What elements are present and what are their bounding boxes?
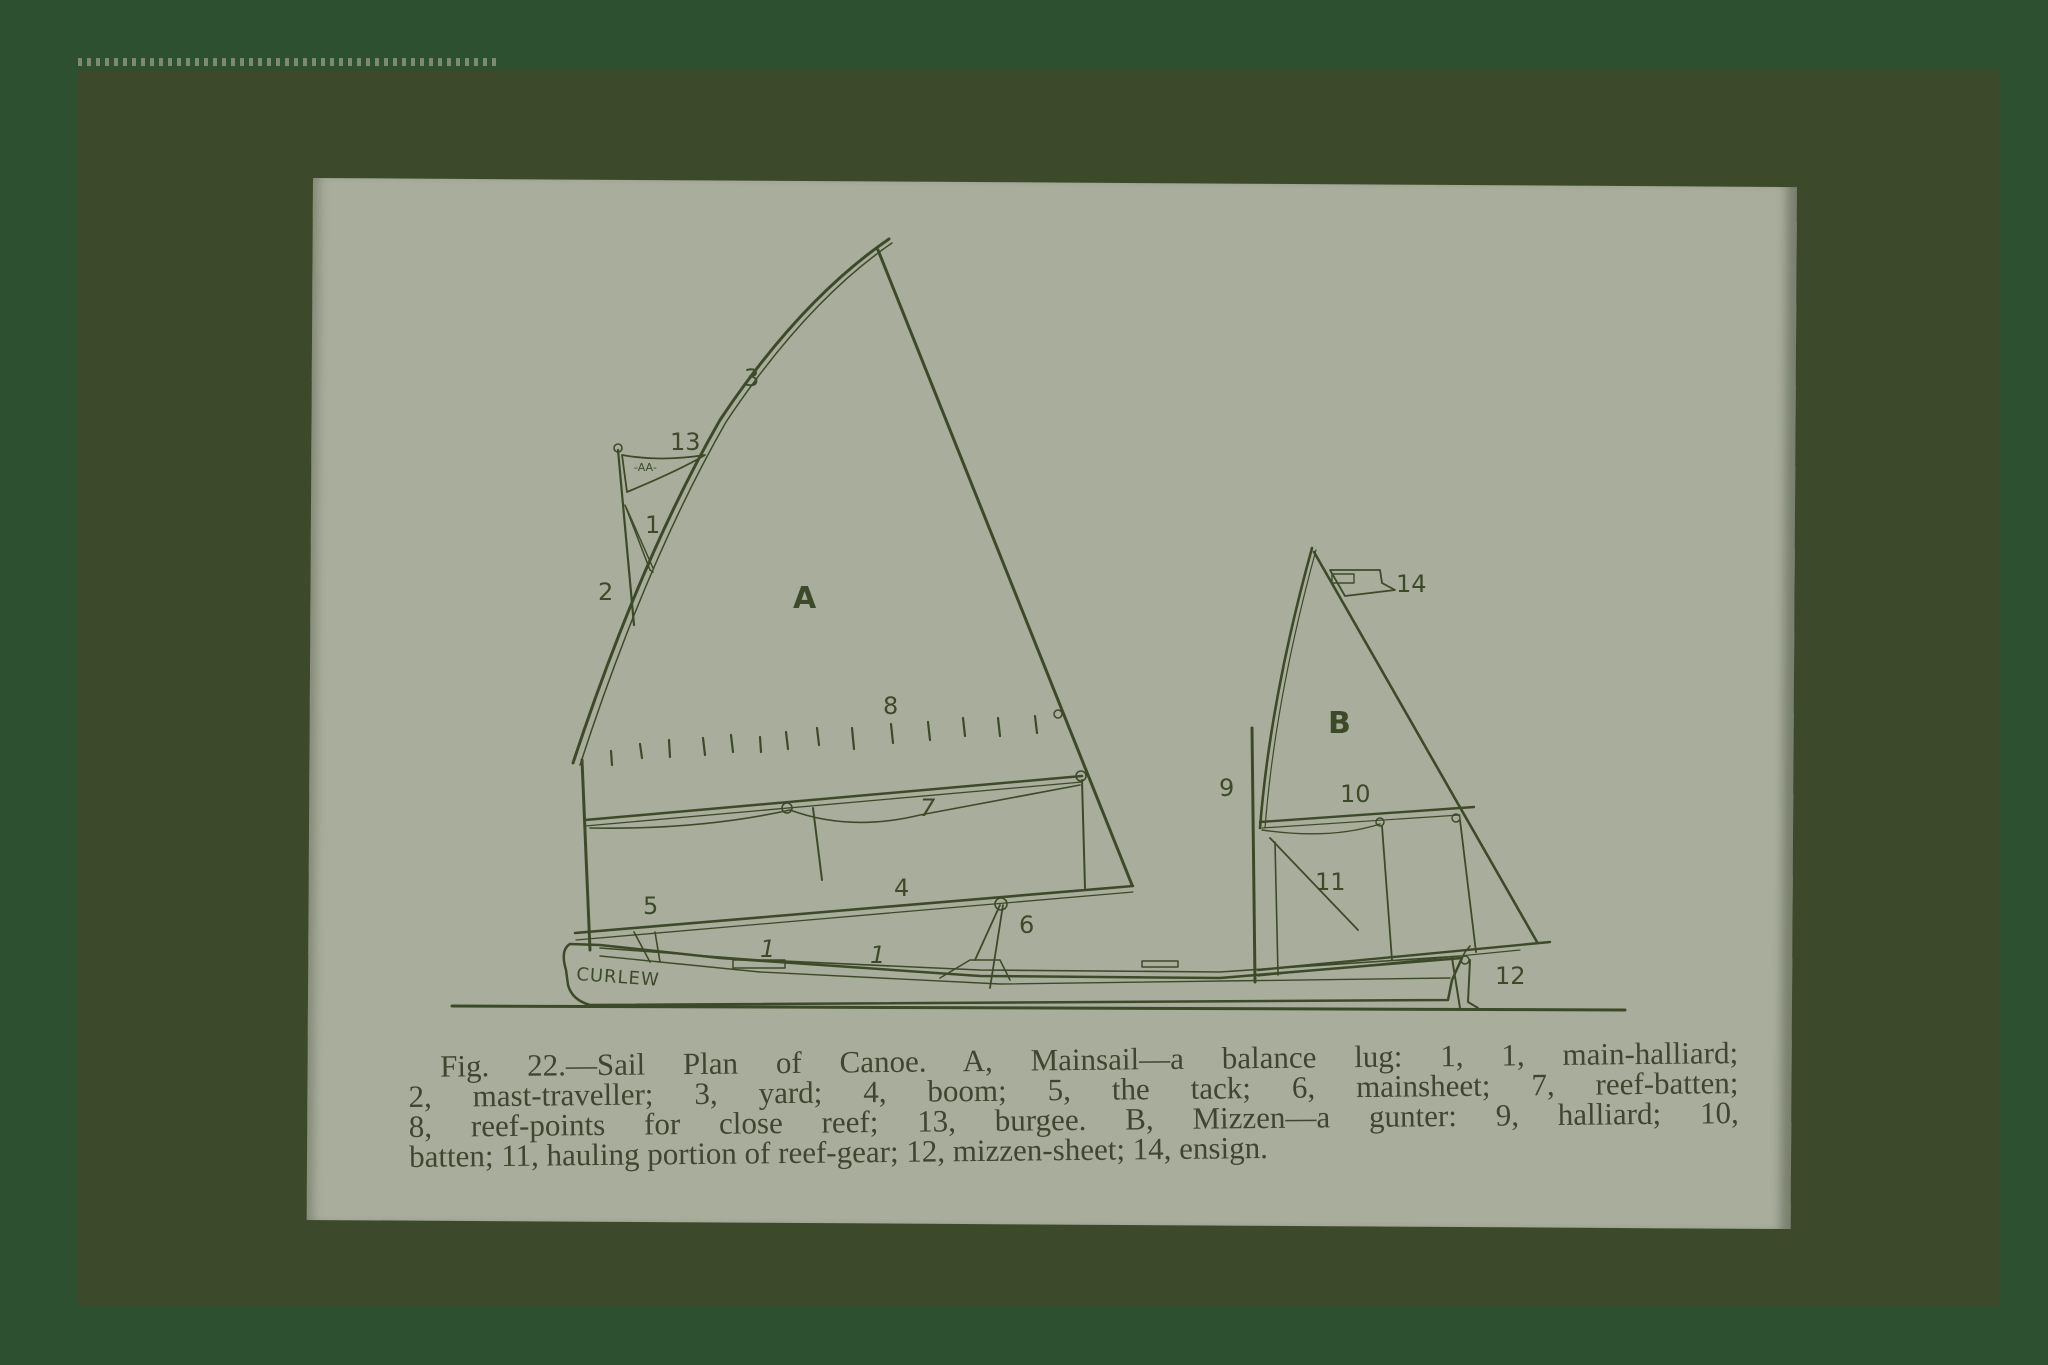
film-sprocket-edge xyxy=(78,58,498,66)
figure-caption: Fig. 22.—Sail Plan of Canoe. A, Mainsail… xyxy=(408,1038,1739,1172)
